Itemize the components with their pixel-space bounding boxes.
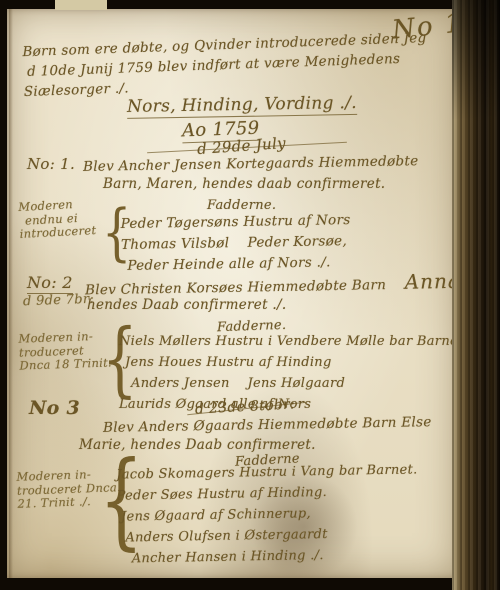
- manuscript-page: No 12 Børn som ere døbte, og Qvinder int…: [7, 9, 457, 578]
- entry-number-text: No: 2: [27, 273, 73, 294]
- margin-note: Moderen in- troduceret Dnca 18 Trinit:: [18, 329, 112, 373]
- entry-body-line: Barn, Maren, hendes daab confirmeret.: [103, 176, 385, 192]
- witness-line: Niels Møllers Hustru i Vendbere Mølle ba…: [119, 331, 468, 352]
- places-heading-text: Nors, Hinding, Vording ./.: [127, 93, 357, 119]
- entry-date: d 9de 7br:: [23, 292, 95, 309]
- margin-note: Moderen endnu ei introduceret: [18, 197, 97, 241]
- places-heading: Nors, Hinding, Vording ./.: [127, 93, 347, 117]
- page-crease: [9, 9, 13, 578]
- witness-line: Anders Jensen Jens Hølgaard: [119, 373, 468, 394]
- witness-line: Jens Houes Hustru af Hinding: [119, 352, 468, 373]
- witness-list: Jacob Skomagers Hustru i Vang bar Barnet…: [116, 459, 419, 569]
- binding-shadow: [452, 0, 500, 120]
- witness-line: Ancher Hansen i Hinding ./.: [118, 543, 420, 569]
- margin-note-line: introduceret: [19, 224, 96, 241]
- entry-body-text: Blev Christen Korsøes Hiemmedøbte Barn: [85, 277, 386, 298]
- top-edge-light-patch: [55, 0, 107, 10]
- scanned-parish-register: No 12 Børn som ere døbte, og Qvinder int…: [0, 0, 500, 590]
- intro-paragraph: Børn som ere døbte, og Qvinder introduce…: [22, 28, 428, 102]
- margin-note-line: Dnca 18 Trinit:: [19, 356, 112, 373]
- entry-body-line: hendes Daab confirmeret ./.: [87, 297, 286, 313]
- entry-number: No 3: [29, 397, 80, 419]
- entry-body-line: Blev Ancher Jensen Kortegaards Hiemmedøb…: [83, 153, 419, 175]
- witness-list: Peder Tøgersøns Hustru af Nors Thomas Vi…: [120, 210, 351, 277]
- entry-body-line: Blev Anders Øgaards Hiemmedøbte Barn Els…: [103, 414, 432, 436]
- entry-number: No: 2: [27, 273, 73, 292]
- entry-number: No: 1.: [27, 155, 75, 173]
